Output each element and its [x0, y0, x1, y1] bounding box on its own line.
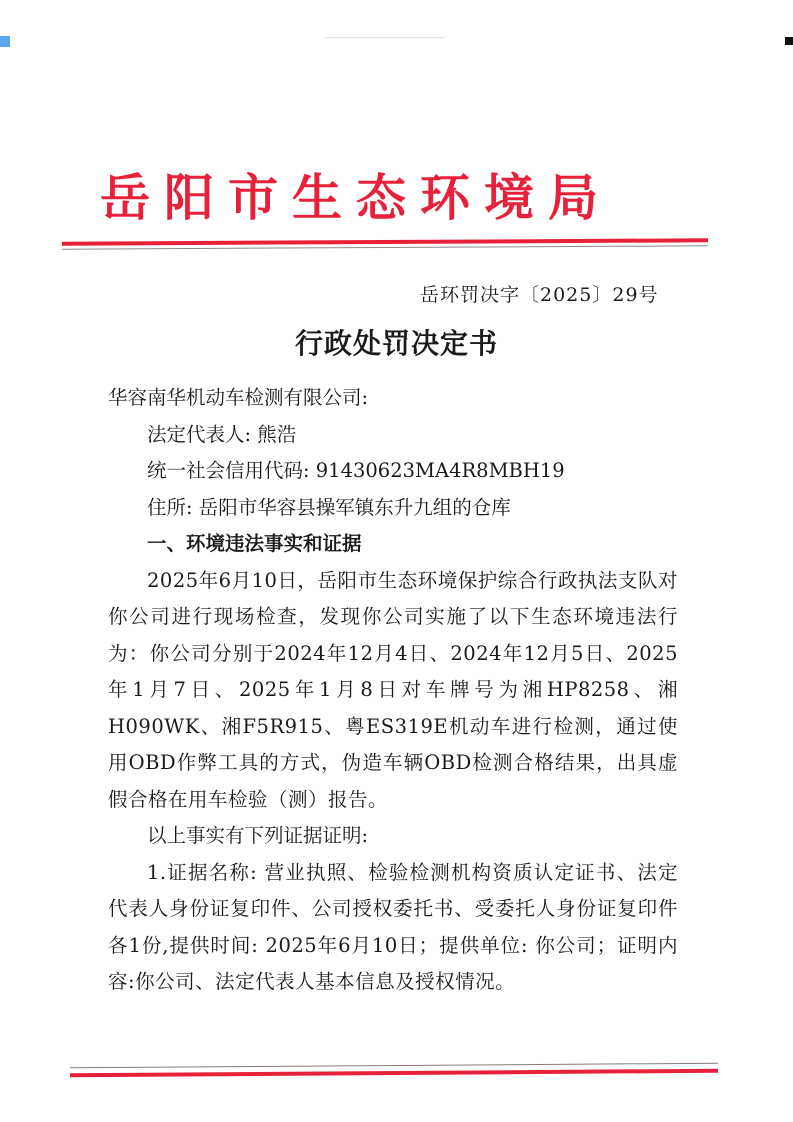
legal-representative: 法定代表人: 熊浩 — [108, 417, 678, 454]
document-body: 华容南华机动车检测有限公司: 法定代表人: 熊浩 统一社会信用代码: 91430… — [108, 380, 678, 1001]
letterhead-gray-rule — [62, 245, 708, 249]
footer-gray-rule — [70, 1063, 718, 1069]
section-heading: 一、环境违法事实和证据 — [108, 526, 678, 563]
scan-edge-mark — [0, 36, 10, 47]
party-address: 住所: 岳阳市华容县操军镇东升九组的仓库 — [108, 490, 678, 527]
evidence-item: 1.证据名称: 营业执照、检验检测机构资质认定证书、法定代表人身份证复印件、公司… — [108, 855, 678, 1001]
party-name: 华容南华机动车检测有限公司: — [108, 380, 678, 417]
agency-letterhead: 岳阳市生态环境局 — [100, 168, 670, 228]
footer-red-rule — [70, 1069, 718, 1078]
document-title: 行政处罚决定书 — [0, 322, 793, 362]
document-number: 岳环罚决字〔2025〕29号 — [420, 280, 659, 307]
credit-code: 统一社会信用代码: 91430623MA4R8MBH19 — [108, 453, 678, 490]
letterhead-red-rule — [62, 238, 708, 245]
scan-corner-mark — [785, 37, 793, 45]
scan-artifact-line — [325, 37, 445, 38]
violation-facts: 2025年6月10日，岳阳市生态环境保护综合行政执法支队对你公司进行现场检查，发… — [108, 563, 678, 819]
evidence-intro: 以上事实有下列证据证明: — [108, 818, 678, 855]
